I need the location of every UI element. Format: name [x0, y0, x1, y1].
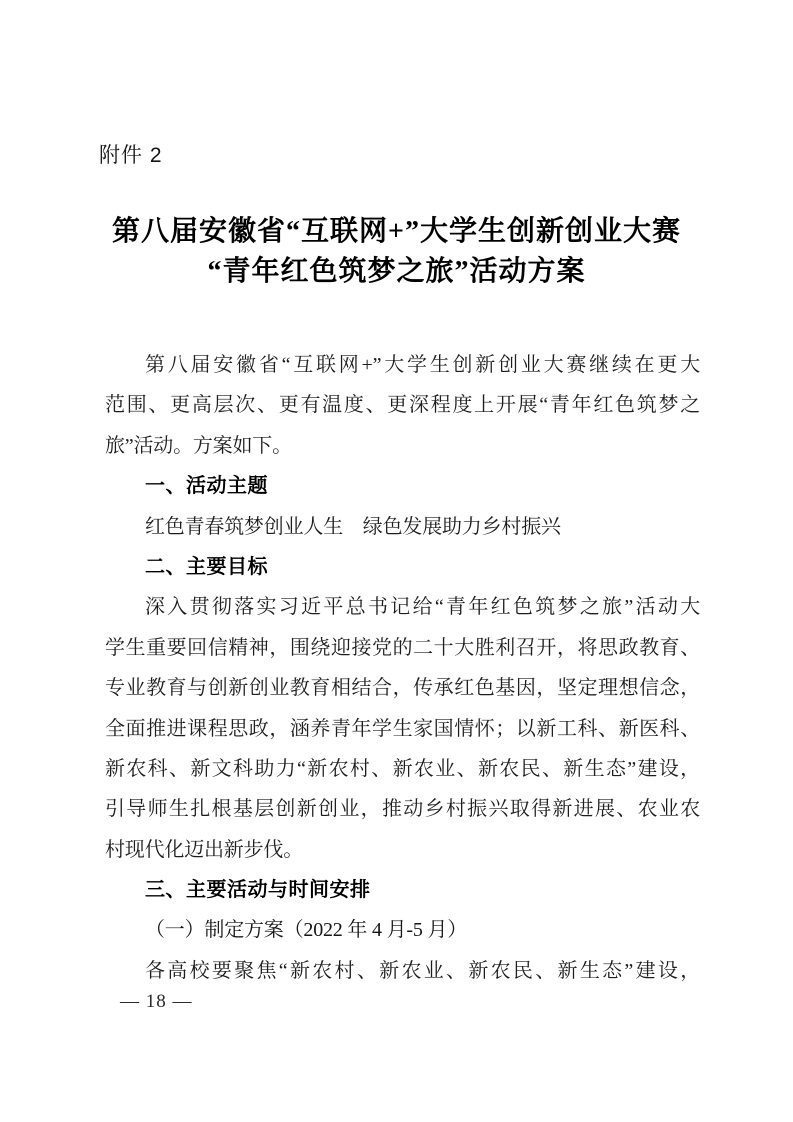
section-heading-2: 二、主要目标	[105, 547, 700, 587]
body-line: 学生重要回信精神，围绕迎接党的二十大胜利召开，将思政教育、	[105, 628, 700, 668]
title-line-1: 第八届安徽省“互联网+”大学生创新创业大赛	[0, 212, 793, 252]
body-line: 深入贯彻落实习近平总书记给“青年红色筑梦之旅”活动大	[105, 587, 700, 627]
section-heading-1: 一、活动主题	[105, 466, 700, 506]
body-line: 范围、更高层次、更有温度、更深程度上开展“青年红色筑梦之	[105, 385, 700, 425]
body-line: 专业教育与创新创业教育相结合，传承红色基因，坚定理想信念，	[105, 668, 700, 708]
body-line: 红色青春筑梦创业人生 绿色发展助力乡村振兴	[105, 507, 700, 547]
document-title: 第八届安徽省“互联网+”大学生创新创业大赛 “青年红色筑梦之旅”活动方案	[0, 212, 793, 292]
body-line: 全面推进课程思政，涵养青年学生家国情怀；以新工科、新医科、	[105, 709, 700, 749]
body-line: 各高校要聚焦“新农村、新农业、新农民、新生态”建设，	[105, 951, 700, 991]
body-line: 第八届安徽省“互联网+”大学生创新创业大赛继续在更大	[105, 345, 700, 385]
body-line: 新农科、新文科助力“新农村、新农业、新农民、新生态”建设，	[105, 749, 700, 789]
body-line: 引导师生扎根基层创新创业，推动乡村振兴取得新进展、农业农	[105, 789, 700, 829]
section-heading-3: 三、主要活动与时间安排	[105, 870, 700, 910]
document-body: 第八届安徽省“互联网+”大学生创新创业大赛继续在更大 范围、更高层次、更有温度、…	[105, 345, 700, 991]
attachment-label: 附件 2	[99, 141, 163, 171]
title-line-2: “青年红色筑梦之旅”活动方案	[0, 252, 793, 292]
document-page: 附件 2 第八届安徽省“互联网+”大学生创新创业大赛 “青年红色筑梦之旅”活动方…	[0, 0, 793, 1122]
subsection-heading: （一）制定方案（2022 年 4 月-5 月）	[105, 910, 700, 950]
body-line: 旅”活动。方案如下。	[105, 426, 700, 466]
page-number: — 18 —	[120, 991, 193, 1013]
body-line: 村现代化迈出新步伐。	[105, 830, 700, 870]
